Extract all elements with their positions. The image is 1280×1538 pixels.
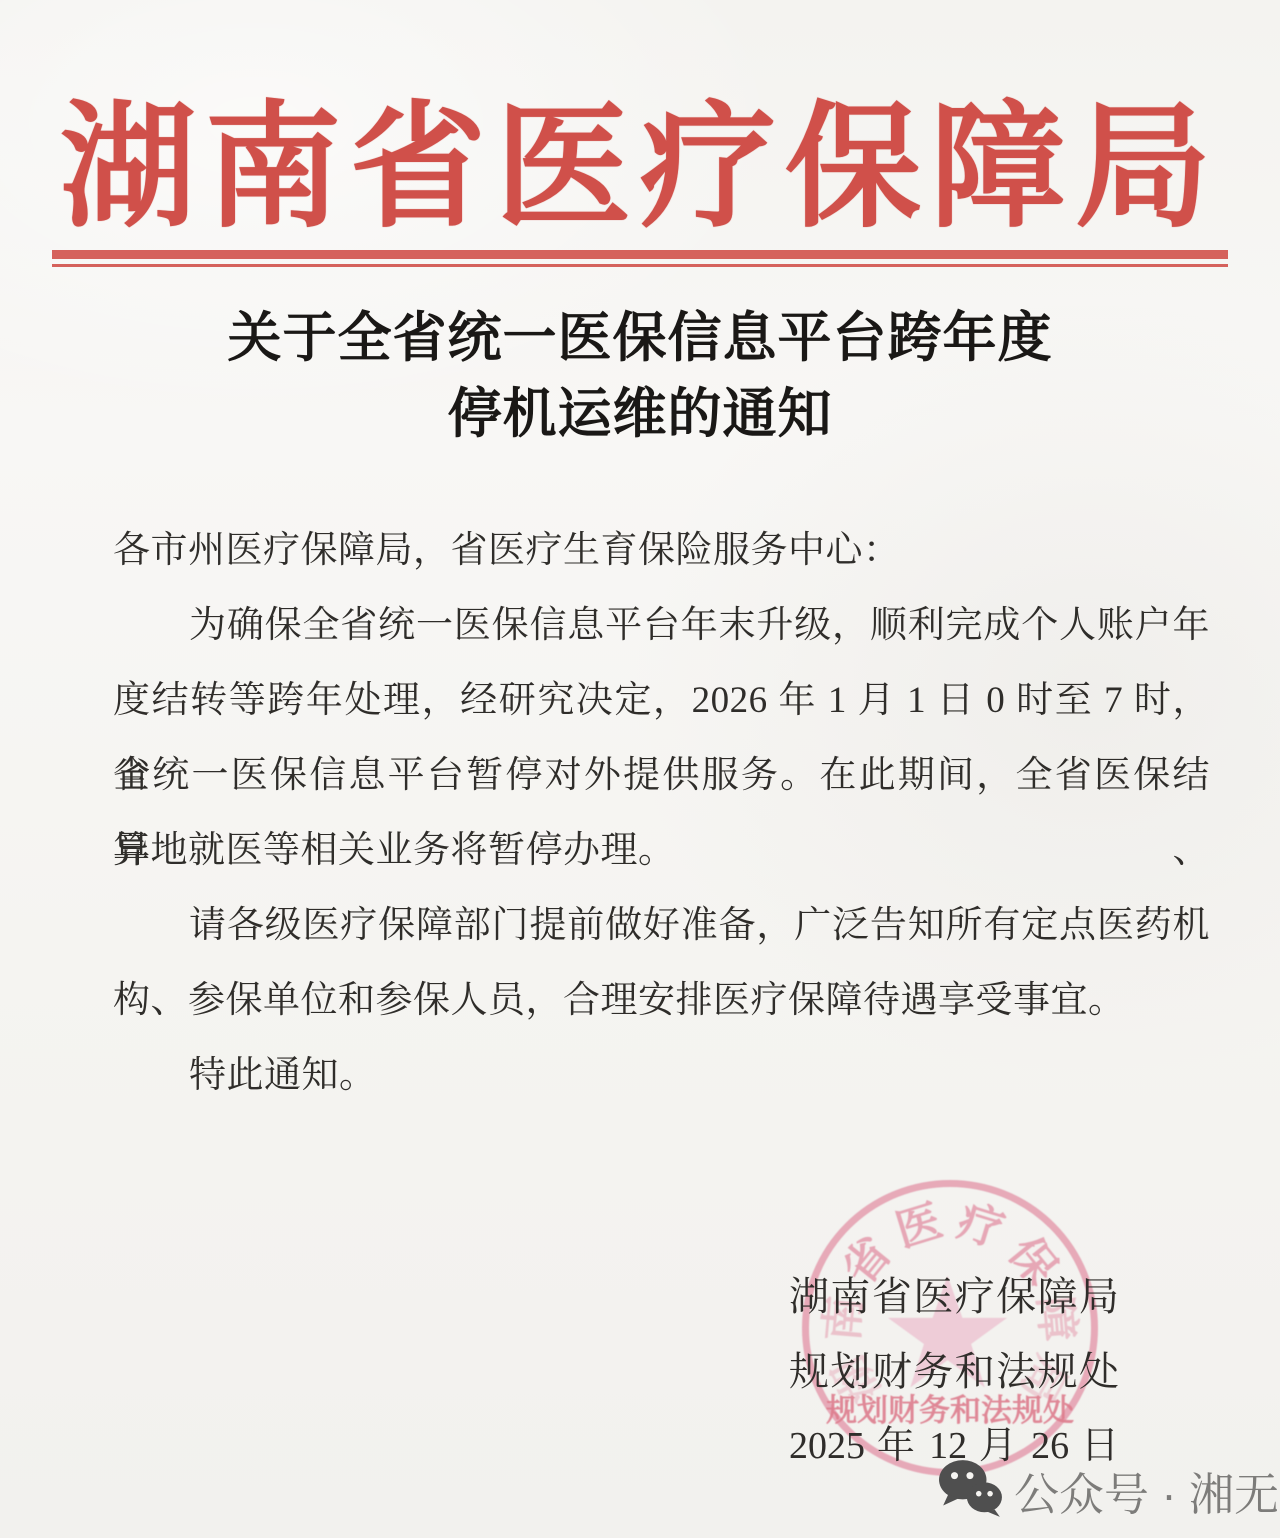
watermark: 公众号 · 湘无恙 <box>938 1458 1280 1523</box>
watermark-text: 公众号 · 湘无恙 <box>1014 1458 1280 1523</box>
body-line: 省统一医保信息平台暂停对外提供服务。在此期间，全省医保结算、 <box>113 738 1210 813</box>
signature-block: 湖南省医疗保障局 规划财务和法规处 2025 年 12 月 26 日 <box>789 1259 1119 1484</box>
signature-dept: 规划财务和法规处 <box>789 1334 1119 1409</box>
body-line: 为确保全省统一医保信息平台年末升级，顺利完成个人账户年 <box>113 588 1210 663</box>
signature-org: 湖南省医疗保障局 <box>789 1259 1119 1334</box>
body-text: 各市州医疗保障局，省医疗生育保险服务中心：为确保全省统一医保信息平台年末升级，顺… <box>113 513 1210 1113</box>
document-page: 湖南省医疗保障局 关于全省统一医保信息平台跨年度 停机运维的通知 各市州医疗保障… <box>0 0 1280 1538</box>
document-title-line1: 关于全省统一医保信息平台跨年度 <box>0 300 1280 376</box>
body-line: 请各级医疗保障部门提前做好准备，广泛告知所有定点医药机 <box>113 888 1210 963</box>
body-line: 构、参保单位和参保人员，合理安排医疗保障待遇享受事宜。 <box>113 963 1210 1038</box>
letterhead-rule-thick <box>52 250 1228 259</box>
body-line: 度结转等跨年处理，经研究决定，2026 年 1 月 1 日 0 时至 7 时，全 <box>113 663 1210 738</box>
document-title: 关于全省统一医保信息平台跨年度 停机运维的通知 <box>0 300 1280 452</box>
wechat-icon <box>938 1459 1004 1517</box>
document-title-line2: 停机运维的通知 <box>0 376 1280 452</box>
body-line: 各市州医疗保障局，省医疗生育保险服务中心： <box>113 513 1210 588</box>
letterhead-rule-thin <box>52 264 1228 267</box>
body-line: 特此通知。 <box>113 1038 1210 1113</box>
letterhead-org-name: 湖南省医疗保障局 <box>0 52 1280 257</box>
